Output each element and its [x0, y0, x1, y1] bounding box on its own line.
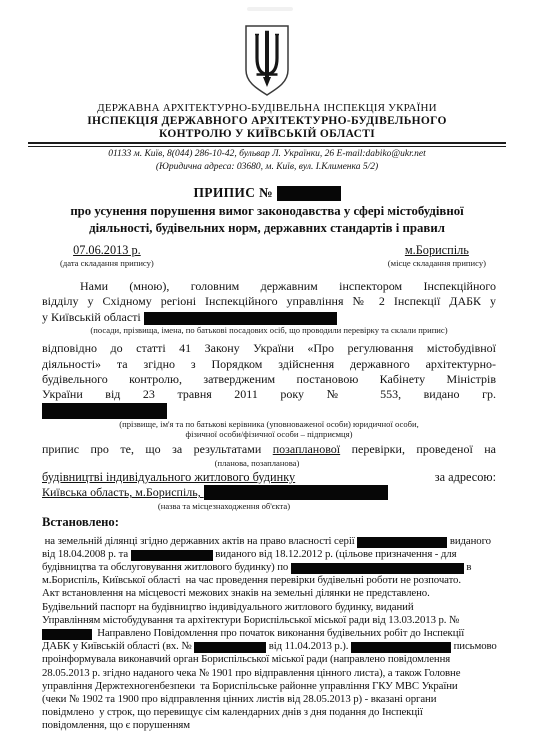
- officials-caption: (посади, прізвища, імена, по батькові по…: [42, 325, 496, 335]
- redacted-text: [204, 485, 388, 500]
- redacted-document-number: [277, 186, 341, 201]
- object-name-row: будівництві індивідуального житлового бу…: [42, 470, 496, 486]
- text-line: Київська область, м.Бориспіль,: [42, 485, 496, 500]
- redacted-text: [42, 403, 167, 419]
- text-line: відділу у Східному регіоні Інспекційного…: [42, 294, 496, 309]
- scan-artifact: [247, 7, 293, 11]
- text-line: повідомлення, що є порушенням: [42, 719, 496, 732]
- date-block: 07.06.2013 р. (дата складання припису): [60, 243, 154, 268]
- document-subtitle: про усунення порушення вимог законодавст…: [0, 203, 534, 237]
- address-label: за адресою:: [435, 470, 496, 486]
- contact-address-line: 01133 м. Київ, 8(044) 286-10-42, бульвар…: [0, 149, 534, 160]
- redacted-text: [291, 563, 464, 574]
- redacted-text: [351, 642, 451, 653]
- redacted-text: [357, 537, 447, 548]
- text-line: м.Бориспіль, Київської області на час пр…: [42, 574, 496, 587]
- org-name-line1: ДЕРЖАВНА АРХІТЕКТУРНО-БУДІВЕЛЬНА ІНСПЕКЦ…: [0, 102, 534, 115]
- text-line: Акт встановлення на місцевості межових з…: [42, 587, 496, 600]
- prescription-paragraph: припис про те, що за результатами позапл…: [42, 442, 496, 457]
- object-caption: (назва та місцезнаходження об'єкта): [0, 501, 451, 511]
- scanned-document-page: ДЕРЖАВНА АРХІТЕКТУРНО-БУДІВЕЛЬНА ІНСПЕКЦ…: [0, 0, 534, 750]
- text-line: відповідно до статті 41 Закону України «…: [42, 341, 496, 356]
- text-line: повідмлено у строк, що перевищує сім кал…: [42, 706, 496, 719]
- date-place-row: 07.06.2013 р. (дата складання припису) м…: [42, 243, 496, 268]
- text-line: Направлено Повідомлення про початок вико…: [42, 627, 496, 640]
- redacted-text: [131, 550, 213, 561]
- person-caption-line1: (прізвище, ім'я та по батькові керівника…: [42, 419, 496, 429]
- text-line: припис про те, що за результатами позапл…: [42, 442, 496, 457]
- legal-address-line: (Юридична адреса: 03680, м. Київ, вул. І…: [0, 162, 534, 173]
- text-line: будівництва та обслуговування житлового …: [42, 561, 496, 574]
- text-line: управління Держтехногенбезпеки та Борисп…: [42, 680, 496, 693]
- subtitle-line2: діяльності, будівельних норм, державних …: [0, 220, 534, 237]
- trident-emblem-icon: [242, 24, 292, 98]
- legal-basis-paragraph: відповідно до статті 41 Закону України «…: [42, 341, 496, 419]
- text-line: ДАБК у Київській області (вх. № від 11.0…: [42, 640, 496, 653]
- intro-paragraph: Нами (мною), головним державним інспекто…: [42, 279, 496, 325]
- findings-heading: Встановлено:: [42, 514, 496, 530]
- object-address-line: Київська область, м.Бориспіль,: [42, 485, 496, 500]
- text-line: будівельного контролю, затвердженим пост…: [42, 372, 496, 387]
- findings-body: на земельній ділянці згідно державних ак…: [42, 535, 496, 733]
- inspection-type-caption: (планова, позапланова): [30, 458, 484, 468]
- org-name-line3: КОНТРОЛЮ У КИЇВСЬКІЙ ОБЛАСТІ: [0, 128, 534, 141]
- subtitle-line1: про усунення порушення вимог законодавст…: [0, 203, 534, 220]
- text-line: проінформувала виконавчий орган Бориспіл…: [42, 653, 496, 666]
- underlined-text: Київська область, м.Бориспіль,: [42, 485, 204, 499]
- person-caption-line2: фізичної особи/фізичної особи – підприєм…: [42, 429, 496, 439]
- document-type-label: ПРИПИС №: [193, 185, 272, 200]
- redacted-text: [42, 629, 92, 640]
- object-name: будівництві індивідуального житлового бу…: [42, 470, 295, 486]
- text-line: Управлінням містобудування та архітектур…: [42, 614, 496, 627]
- date-caption: (дата складання припису): [60, 258, 154, 268]
- document-date: 07.06.2013 р.: [60, 243, 154, 258]
- text-line: у Київській області: [42, 310, 496, 325]
- text-line: України від 23 травня 2011 року № 553, в…: [42, 387, 496, 402]
- text-line: від 18.04.2008 р. та виданого від 18.12.…: [42, 548, 496, 561]
- header-divider: [28, 142, 506, 147]
- text-line: [42, 403, 496, 419]
- document-place: м.Бориспіль: [388, 243, 486, 258]
- redacted-text: [194, 642, 266, 653]
- text-line: Будівельний паспорт на будівництво індив…: [42, 601, 496, 614]
- place-caption: (місце складання припису): [388, 258, 486, 268]
- redacted-text: [144, 312, 337, 325]
- text-line: Нами (мною), головним державним інспекто…: [42, 279, 496, 294]
- text-line: діяльності» та згідно з Порядком здійсне…: [42, 357, 496, 372]
- place-block: м.Бориспіль (місце складання припису): [388, 243, 486, 268]
- underlined-text: позапланової: [273, 442, 340, 456]
- document-title: ПРИПИС №: [0, 185, 534, 201]
- org-name-line2: ІНСПЕКЦІЯ ДЕРЖАВНОГО АРХІТЕКТУРНО-БУДІВЕ…: [0, 115, 534, 128]
- text-line: на земельній ділянці згідно державних ак…: [42, 535, 496, 548]
- text-line: (чеки № 1902 та 1900 про відправлення ці…: [42, 693, 496, 706]
- text-line: 28.05.2013 р. згідно наданого чека № 190…: [42, 667, 496, 680]
